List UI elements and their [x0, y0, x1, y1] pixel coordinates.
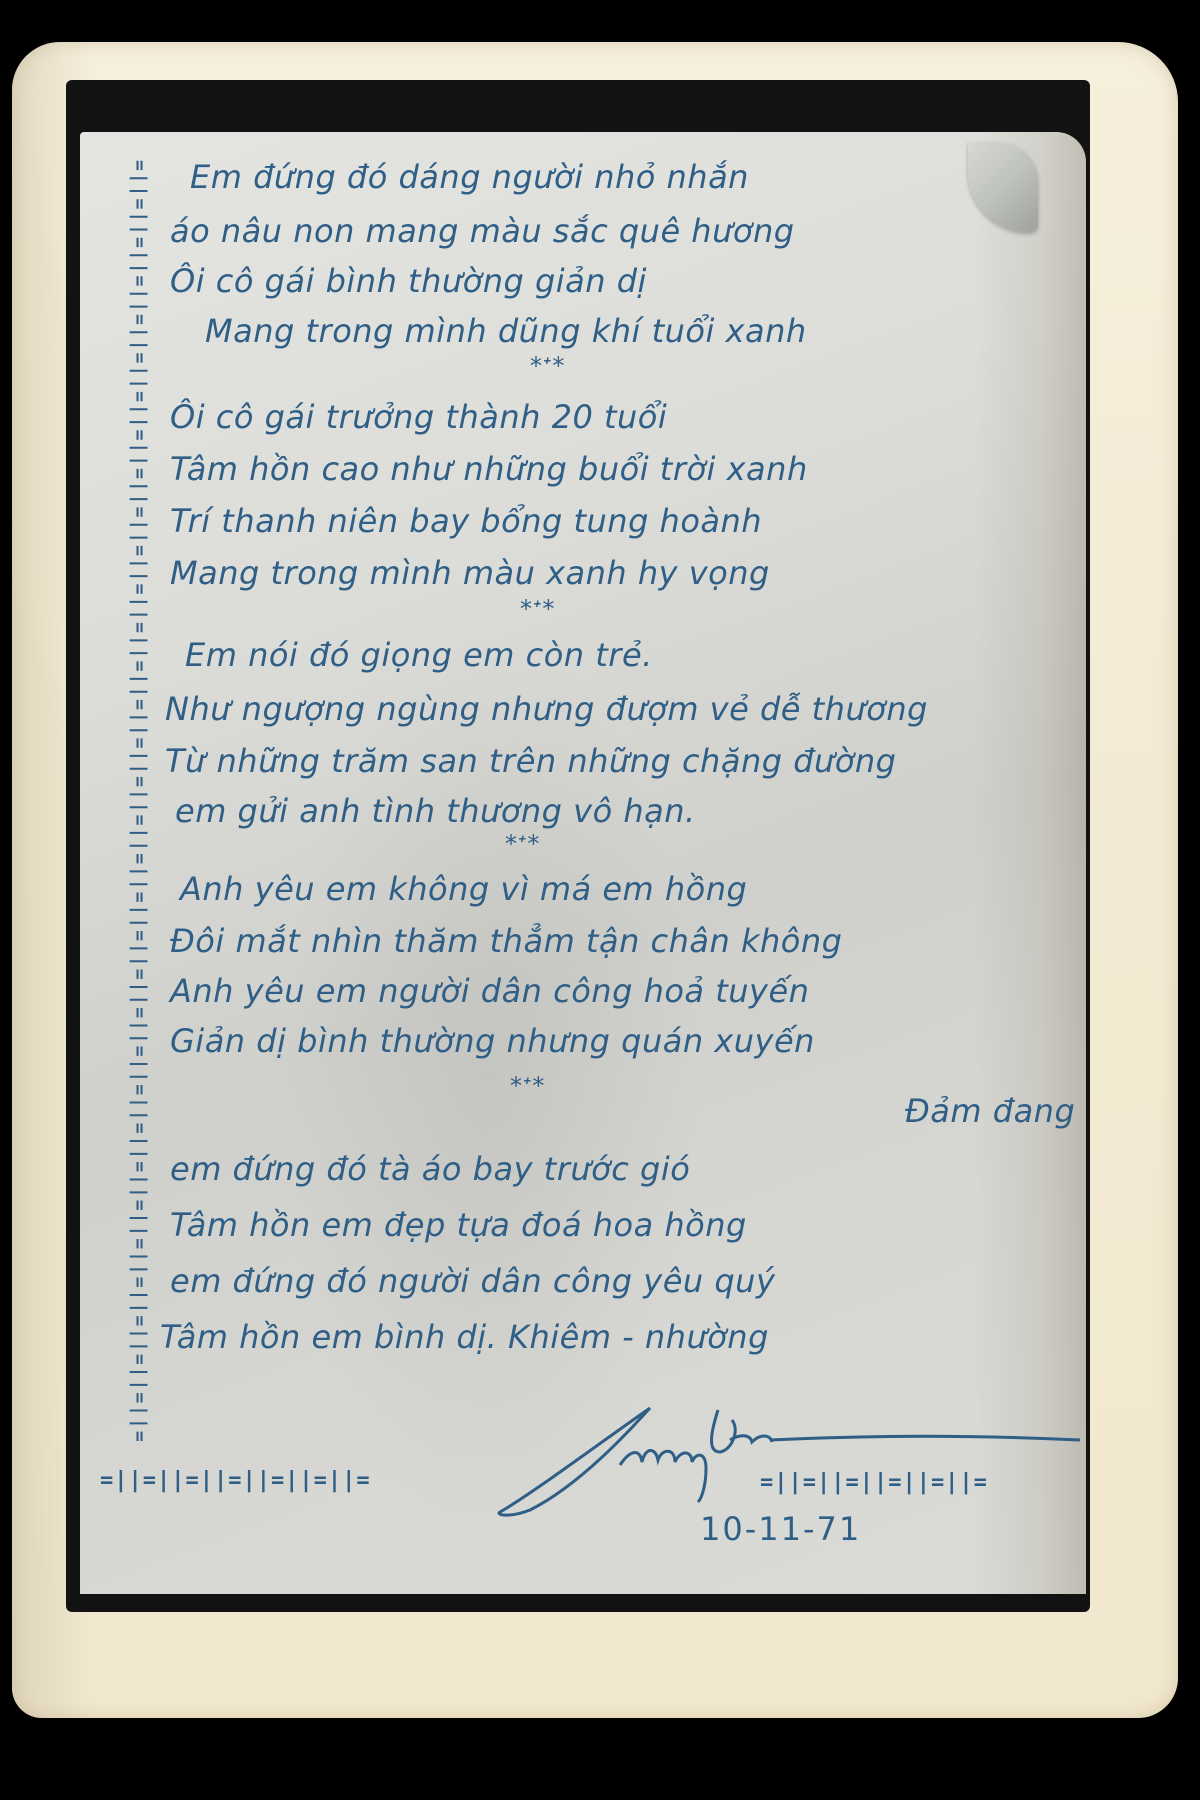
- poem-line: Mang trong mình màu xanh hy vọng: [170, 554, 770, 592]
- poem-line: Em nói đó giọng em còn trẻ.: [185, 636, 653, 674]
- stanza-separator: *ᐩ*: [530, 352, 565, 380]
- poem-line: Đảm đang: [905, 1092, 1075, 1130]
- poem-line: áo nâu non mang màu sắc quê hương: [170, 212, 795, 250]
- poem-line: Đôi mắt nhìn thăm thẳm tận chân không: [170, 922, 842, 960]
- poem-line: Tâm hồn em đẹp tựa đoá hoa hồng: [170, 1206, 747, 1244]
- date: 10-11-71: [700, 1510, 861, 1548]
- poem-line: em đứng đó tà áo bay trước gió: [170, 1150, 690, 1188]
- poem-line: Ôi cô gái trưởng thành 20 tuổi: [170, 398, 667, 436]
- poem-line: Anh yêu em không vì má em hồng: [180, 870, 747, 908]
- poem-line: Trí thanh niên bay bổng tung hoành: [170, 502, 762, 540]
- stanza-separator: *ᐩ*: [510, 1072, 545, 1100]
- poem-line: Em đứng đó dáng người nhỏ nhắn: [190, 158, 749, 196]
- poem-line: Từ những trăm san trên những chặng đường: [165, 742, 896, 780]
- poem-line: Anh yêu em người dân công hoả tuyến: [170, 972, 809, 1010]
- poem-line: em đứng đó người dân công yêu quý: [170, 1262, 775, 1300]
- paper-fold-shadow: [976, 132, 1086, 1594]
- stanza-separator: *ᐩ*: [520, 595, 555, 623]
- bottom-decoration-left: =||=||=||=||=||=||=: [100, 1468, 371, 1493]
- poem-line: Tâm hồn em bình dị. Khiêm - nhường: [160, 1318, 769, 1356]
- paper-sheet: [80, 132, 1086, 1594]
- margin-decoration: =||=||=||=||=||=||=||=||=||=||=||=||=||=…: [128, 160, 150, 1500]
- signature: [470, 1390, 1090, 1520]
- poem-line: Giản dị bình thường nhưng quán xuyến: [170, 1022, 815, 1060]
- poem-line: Tâm hồn cao như những buổi trời xanh: [170, 450, 808, 488]
- poem-line: em gửi anh tình thương vô hạn.: [175, 792, 696, 830]
- stanza-separator: *ᐩ*: [505, 830, 540, 858]
- poem-line: Ôi cô gái bình thường giản dị: [170, 262, 647, 300]
- poem-line: Như ngượng ngùng nhưng đượm vẻ dễ thương: [165, 690, 928, 728]
- poem-line: Mang trong mình dũng khí tuổi xanh: [205, 312, 807, 350]
